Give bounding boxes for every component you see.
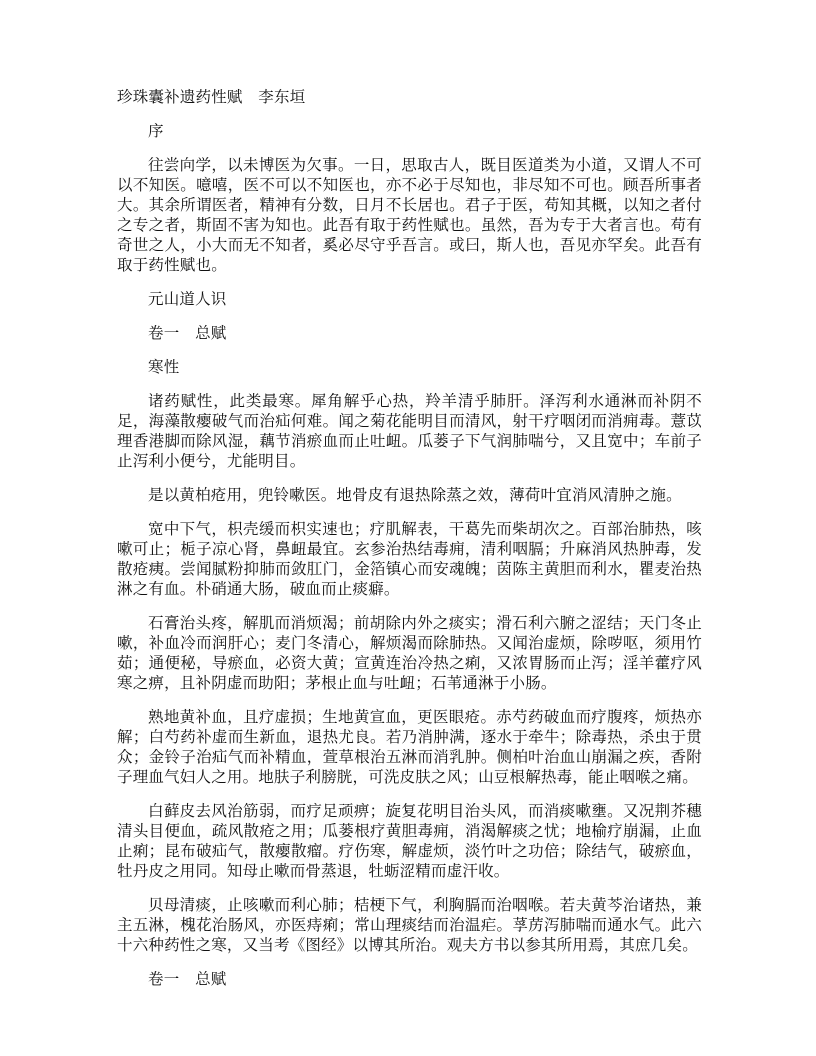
section-heading-cold: 寒性 <box>117 358 702 378</box>
body-paragraph: 石膏治头疼，解肌而消烦渴；前胡除内外之痰实；滑石利六腑之涩结；天门冬止嗽，补血冷… <box>117 614 702 694</box>
preface-paragraph: 往尝向学，以未博医为欠事。一日，思取古人，既目医道类为小道，又谓人不可以不知医。… <box>117 156 702 276</box>
document-title: 珍珠囊补遗药性赋 李东垣 <box>117 88 702 108</box>
body-paragraph: 贝母清痰，止咳嗽而利心肺；桔梗下气，利胸膈而治咽喉。若夫黄芩治诸热，兼主五淋，槐… <box>117 896 702 956</box>
closing-chapter-heading: 卷一 总赋 <box>117 970 702 990</box>
body-paragraph: 宽中下气，枳壳缓而枳实速也；疗肌解表，干葛先而柴胡次之。百部治肺热，咳嗽可止；栀… <box>117 520 702 600</box>
body-paragraph: 白藓皮去风治筋弱，而疗足顽痹；旋复花明目治头风，而消痰嗽壅。又况荆芥穗清头目便血… <box>117 802 702 882</box>
chapter-heading: 卷一 总赋 <box>117 324 702 344</box>
signature-line: 元山道人识 <box>117 290 702 310</box>
preface-heading: 序 <box>117 122 702 142</box>
body-paragraph: 是以黄柏疮用，兜铃嗽医。地骨皮有退热除蒸之效，薄荷叶宜消风清肿之施。 <box>117 486 702 506</box>
body-paragraph: 诸药赋性，此类最寒。犀角解乎心热，羚羊清乎肺肝。泽泻利水通淋而补阴不足，海藻散瘿… <box>117 392 702 472</box>
body-paragraph: 熟地黄补血，且疗虚损；生地黄宣血，更医眼疮。赤芍药破血而疗腹疼，烦热亦解；白芍药… <box>117 708 702 788</box>
document-page: 珍珠囊补遗药性赋 李东垣 序 往尝向学，以未博医为欠事。一日，思取古人，既目医道… <box>0 0 816 1056</box>
